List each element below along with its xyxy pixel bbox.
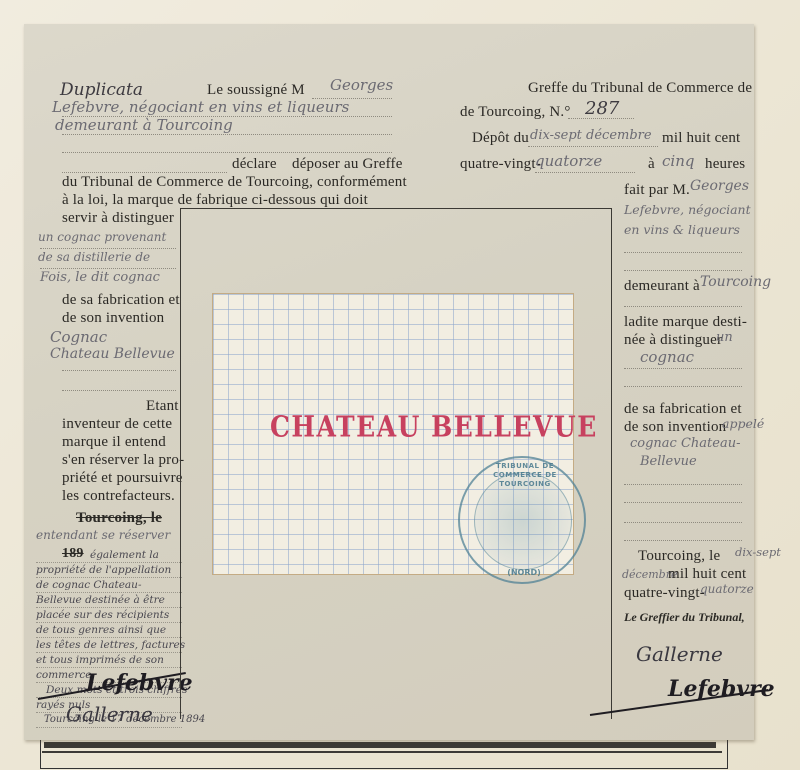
- fill-line: [62, 134, 392, 135]
- reserve-line-1: inventeur de cette: [62, 416, 172, 433]
- additional-note: également la propriété de l'appellation …: [36, 548, 182, 728]
- deposer-label: déposer au Greffe: [292, 156, 403, 173]
- greffier-signature: Gallerne: [636, 642, 723, 666]
- distinguer-hand-right-2: cognac: [640, 348, 694, 366]
- distinguer-hand-right-1: un: [716, 330, 733, 345]
- depot-label: Dépôt du: [472, 130, 529, 147]
- duplicata-mark: Duplicata: [60, 80, 143, 100]
- tourcoing-no-label: de Tourcoing, N.°: [460, 104, 571, 121]
- fill-line: [624, 252, 742, 253]
- invention-hand-right-1: appelé: [722, 416, 764, 431]
- fait-par-occupation-1: Lefebvre, négociant: [624, 202, 751, 217]
- fill-line: [624, 368, 742, 369]
- date-hand-right-1: dix-sept: [735, 545, 781, 559]
- fill-line: [62, 390, 176, 391]
- quatre-vingt-label: quatre-vingt-: [460, 156, 541, 173]
- fabrication-label-left: de sa fabrication et: [62, 292, 180, 309]
- seal-text-bottom: (NORD): [500, 568, 548, 577]
- demeurant-label: demeurant à: [624, 278, 700, 295]
- loi-line: à la loi, la marque de fabrique ci-desso…: [62, 192, 368, 209]
- fill-line: [624, 484, 742, 485]
- greffe-header: Greffe du Tribunal de Commerce de: [528, 80, 752, 97]
- fill-line: [624, 270, 742, 271]
- note-line: Bellevue destinée à être: [36, 593, 182, 608]
- fill-line: [624, 502, 742, 503]
- fill-line: [568, 118, 634, 119]
- fill-line: [40, 248, 176, 249]
- fill-line: [624, 540, 742, 541]
- distinguer-line-3: Fois, le dit cognac: [40, 270, 160, 285]
- depot-hour: cinq: [662, 152, 694, 170]
- soussigne-label: Le soussigné M: [207, 82, 305, 99]
- servir-label: servir à distinguer: [62, 210, 174, 227]
- fill-line: [528, 146, 658, 147]
- invention-name-left-2: Chateau Bellevue: [50, 346, 175, 362]
- signature-right-2: Lefebvre: [668, 676, 775, 702]
- note-line: de tous genres ainsi que: [36, 623, 182, 638]
- ladite-line-1: ladite marque desti-: [624, 314, 747, 331]
- note-line: également la: [36, 548, 182, 563]
- fill-line: [40, 268, 176, 269]
- year-hand-right: quatorze: [700, 582, 754, 596]
- reserve-line-3: s'en réserver la pro-: [62, 452, 184, 469]
- soussigne-name: Georges: [330, 76, 393, 94]
- reserve-line-4: priété et poursuivre: [62, 470, 183, 487]
- declare-label: déclare: [232, 156, 277, 173]
- invention-name-left-1: Cognac: [50, 328, 107, 346]
- note-line: les têtes de lettres, factures: [36, 638, 182, 653]
- tourcoing-le-struck: Tourcoing, le: [76, 510, 162, 527]
- invention-label-left: de son invention: [62, 310, 164, 327]
- fill-line: [624, 306, 742, 307]
- fill-line: [62, 370, 176, 371]
- page-frame-bar: [44, 742, 716, 748]
- fill-line: [535, 172, 635, 173]
- fill-line: [62, 172, 227, 173]
- greffier-label: Le Greffier du Tribunal,: [624, 610, 745, 625]
- a-label: à: [648, 156, 655, 173]
- seal-text-top: TRIBUNAL DE COMMERCE DE TOURCOING: [490, 462, 560, 489]
- soussigne-occupation: Lefebvre, négociant en vins et liqueurs: [52, 98, 349, 116]
- trademark-stamp: CHATEAU BELLEVUE: [270, 410, 598, 443]
- quatre-vingt-right: quatre-vingt-: [624, 585, 705, 602]
- page-frame-line: [42, 751, 722, 753]
- mil-huit-cent: mil huit cent: [662, 130, 740, 147]
- invention-hand-right-2: cognac Chateau-: [630, 436, 740, 451]
- reserve-line-5: les contrefacteurs.: [62, 488, 175, 505]
- distinguer-line-2: de sa distillerie de: [38, 250, 150, 264]
- etant-label: Etant: [146, 398, 179, 415]
- invention-hand-right-3: Bellevue: [640, 454, 697, 469]
- deposit-number: 287: [585, 98, 619, 119]
- heures-label: heures: [705, 156, 745, 173]
- fill-line: [62, 152, 392, 153]
- demeurant-city: Tourcoing: [700, 274, 771, 290]
- fait-par-occupation-2: en vins & liqueurs: [624, 222, 740, 237]
- depot-year: quatorze: [535, 152, 602, 170]
- fait-par-name: Georges: [690, 178, 749, 194]
- ladite-line-2: née à distinguer: [624, 332, 722, 349]
- mil-huit-cent-right: mil huit cent: [668, 566, 746, 583]
- invention-label-right: de son invention: [624, 419, 726, 436]
- note-line: propriété de l'appellation: [36, 563, 182, 578]
- depot-date: dix-sept décembre: [530, 128, 652, 143]
- tribunal-seal: TRIBUNAL DE COMMERCE DE TOURCOING (NORD): [458, 456, 586, 584]
- reserve-line-2: marque il entend: [62, 434, 166, 451]
- fait-par-label: fait par M.: [624, 182, 690, 199]
- tourcoing-le-right: Tourcoing, le: [638, 548, 720, 565]
- note-line: de cognac Chateau-: [36, 578, 182, 593]
- note-line: placée sur des récipients: [36, 608, 182, 623]
- entendant-hand: entendant se réserver: [36, 528, 170, 542]
- fill-line: [624, 386, 742, 387]
- soussigne-address: demeurant à Tourcoing: [55, 116, 233, 134]
- note-line: et tous imprimés de son: [36, 653, 182, 668]
- signature-left-2: Gallerne: [66, 702, 153, 726]
- distinguer-line-1: un cognac provenant: [38, 230, 166, 244]
- fill-line: [624, 522, 742, 523]
- tribunal-line: du Tribunal de Commerce de Tourcoing, co…: [62, 174, 407, 191]
